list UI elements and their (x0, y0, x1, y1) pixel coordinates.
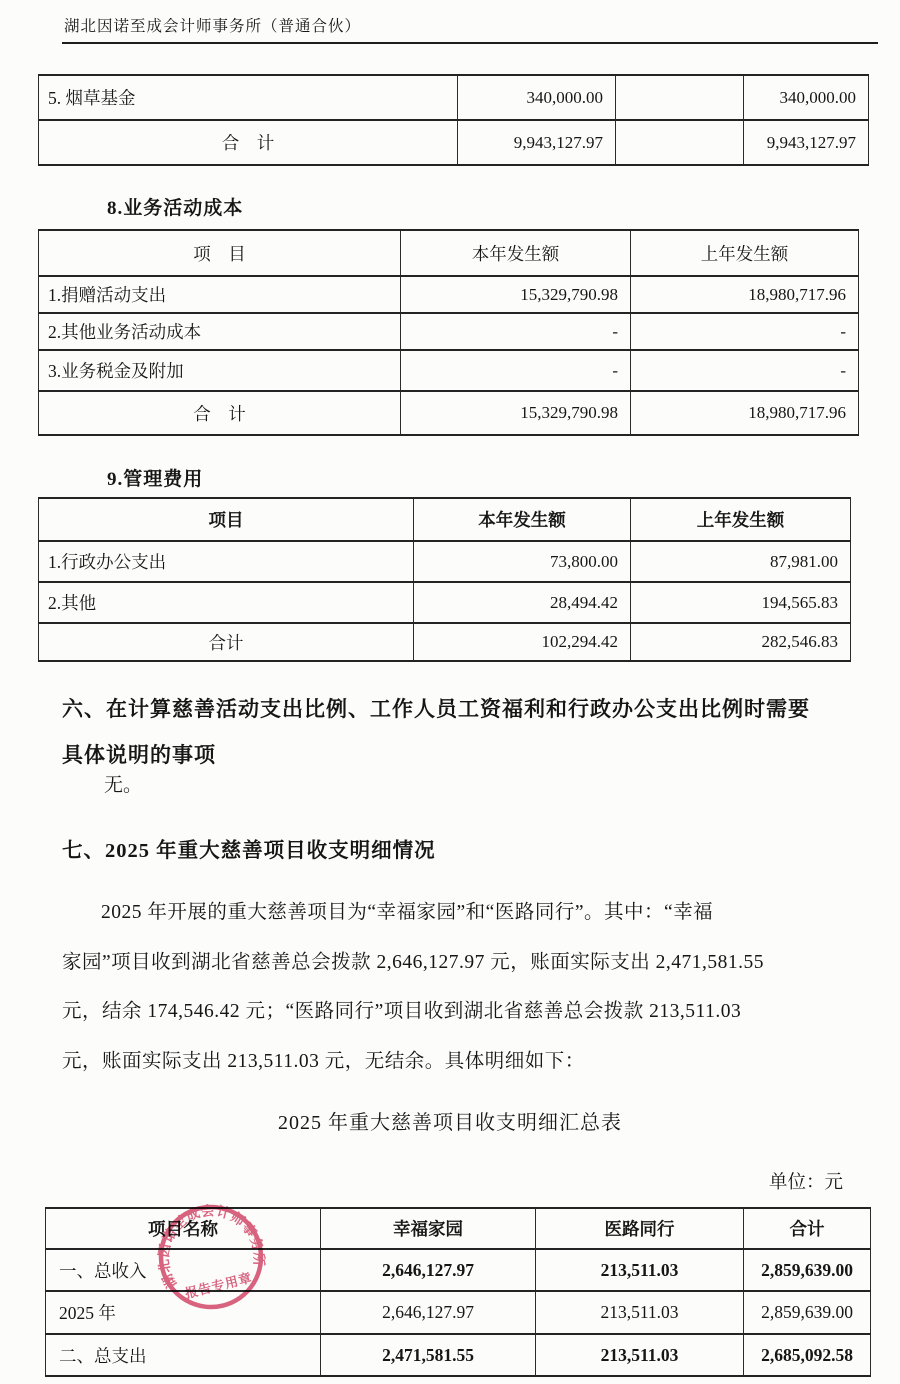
firm-header: 湖北因诺至成会计师事务所（普通合伙） (64, 14, 361, 36)
column-header-prior: 上年发生额 (631, 498, 851, 541)
section9-heading: 9.管理费用 (107, 464, 203, 491)
table-row: 2.其他业务活动成本 - - (39, 313, 859, 350)
summary-table-title: 2025 年重大慈善项目收支明细汇总表 (0, 1106, 900, 1135)
xingfu-value: 2,471,581.55 (321, 1334, 536, 1376)
table-row-total: 合 计 9,943,127.97 9,943,127.97 (39, 120, 869, 165)
current-total: 15,329,790.98 (401, 391, 631, 435)
column-header-prior: 上年发生额 (631, 230, 859, 276)
prior-value: - (631, 350, 859, 391)
row-label: 1.行政办公支出 (39, 541, 414, 582)
total-label: 合 计 (39, 120, 458, 165)
column-header-item: 项 目 (39, 230, 401, 276)
column-header-xingfu: 幸福家园 (321, 1208, 536, 1249)
table-row: 2.其他 28,494.42 194,565.83 (39, 582, 851, 623)
row-label: 2.其他 (39, 582, 414, 623)
table-header-row: 项目 本年发生额 上年发生额 (39, 498, 851, 541)
paragraph-line: 家园”项目收到湖北省慈善总会拨款 2,646,127.97 元，账面实际支出 2… (62, 938, 878, 988)
spacer-cell (616, 120, 744, 165)
prior-total: 18,980,717.96 (631, 391, 859, 435)
total-label: 合计 (39, 623, 414, 661)
row-label: 3.业务税金及附加 (39, 350, 401, 391)
header-rule (62, 42, 878, 44)
paragraph-line: 2025 年开展的重大慈善项目为“幸福家园”和“医路同行”。其中：“幸福 (62, 888, 878, 938)
section8-heading: 8.业务活动成本 (107, 193, 243, 220)
yilu-value: 213,511.03 (536, 1249, 744, 1291)
column-header-yilu: 医路同行 (536, 1208, 744, 1249)
current-total: 102,294.42 (414, 623, 631, 661)
table-row: 二、总支出 2,471,581.55 213,511.03 2,685,092.… (46, 1334, 871, 1376)
current-value: - (401, 350, 631, 391)
current-value: 28,494.42 (414, 582, 631, 623)
row-label: 5. 烟草基金 (39, 75, 458, 120)
yilu-value: 213,511.03 (536, 1334, 744, 1376)
xingfu-value: 2,646,127.97 (321, 1249, 536, 1291)
prior-year-total: 9,943,127.97 (744, 120, 869, 165)
prior-value: - (631, 313, 859, 350)
prior-value: 194,565.83 (631, 582, 851, 623)
prior-year-value: 340,000.00 (744, 75, 869, 120)
total-label: 合 计 (39, 391, 401, 435)
column-header-total: 合计 (744, 1208, 871, 1249)
document-page: 湖北因诺至成会计师事务所（普通合伙） 5. 烟草基金 340,000.00 34… (0, 0, 900, 1384)
section6-heading-line2: 具体说明的事项 (62, 732, 862, 778)
table-row-total: 合 计 15,329,790.98 18,980,717.96 (39, 391, 859, 435)
current-value: 15,329,790.98 (401, 276, 631, 313)
total-value: 2,859,639.00 (744, 1291, 871, 1334)
prior-value: 87,981.00 (631, 541, 851, 582)
yilu-value: 213,511.03 (536, 1291, 744, 1334)
section7-heading: 七、2025 年重大慈善项目收支明细情况 (62, 833, 436, 863)
row-label: 二、总支出 (46, 1334, 321, 1376)
unit-label: 单位：元 (769, 1168, 843, 1194)
total-value: 2,859,639.00 (744, 1249, 871, 1291)
section7-paragraph: 2025 年开展的重大慈善项目为“幸福家园”和“医路同行”。其中：“幸福 家园”… (62, 888, 878, 1086)
current-year-value: 340,000.00 (458, 75, 616, 120)
row-label: 2.其他业务活动成本 (39, 313, 401, 350)
current-value: 73,800.00 (414, 541, 631, 582)
column-header-current: 本年发生额 (414, 498, 631, 541)
table-row: 3.业务税金及附加 - - (39, 350, 859, 391)
paragraph-line: 元，账面实际支出 213,511.03 元，无结余。具体明细如下： (62, 1037, 878, 1087)
section9-table: 项目 本年发生额 上年发生额 1.行政办公支出 73,800.00 87,981… (38, 497, 851, 662)
row-label: 1.捐赠活动支出 (39, 276, 401, 313)
current-value: - (401, 313, 631, 350)
section6-body: 无。 (104, 770, 142, 797)
table-header-row: 项 目 本年发生额 上年发生额 (39, 230, 859, 276)
column-header-item: 项目 (39, 498, 414, 541)
section6-heading-line1: 六、在计算慈善活动支出比例、工作人员工资福利和行政办公支出比例时需要 (62, 686, 862, 732)
total-value: 2,685,092.58 (744, 1334, 871, 1376)
section8-table: 项 目 本年发生额 上年发生额 1.捐赠活动支出 15,329,790.98 1… (38, 229, 859, 436)
section6-heading: 六、在计算慈善活动支出比例、工作人员工资福利和行政办公支出比例时需要 具体说明的… (62, 686, 862, 778)
table-row: 1.捐赠活动支出 15,329,790.98 18,980,717.96 (39, 276, 859, 313)
prior-value: 18,980,717.96 (631, 276, 859, 313)
column-header-current: 本年发生额 (401, 230, 631, 276)
table-row: 5. 烟草基金 340,000.00 340,000.00 (39, 75, 869, 120)
carryover-table: 5. 烟草基金 340,000.00 340,000.00 合 计 9,943,… (38, 74, 869, 166)
paragraph-line: 元，结余 174,546.42 元；“医路同行”项目收到湖北省慈善总会拨款 21… (62, 987, 878, 1037)
table-row-total: 合计 102,294.42 282,546.83 (39, 623, 851, 661)
spacer-cell (616, 75, 744, 120)
xingfu-value: 2,646,127.97 (321, 1291, 536, 1334)
prior-total: 282,546.83 (631, 623, 851, 661)
current-year-total: 9,943,127.97 (458, 120, 616, 165)
table-row: 1.行政办公支出 73,800.00 87,981.00 (39, 541, 851, 582)
